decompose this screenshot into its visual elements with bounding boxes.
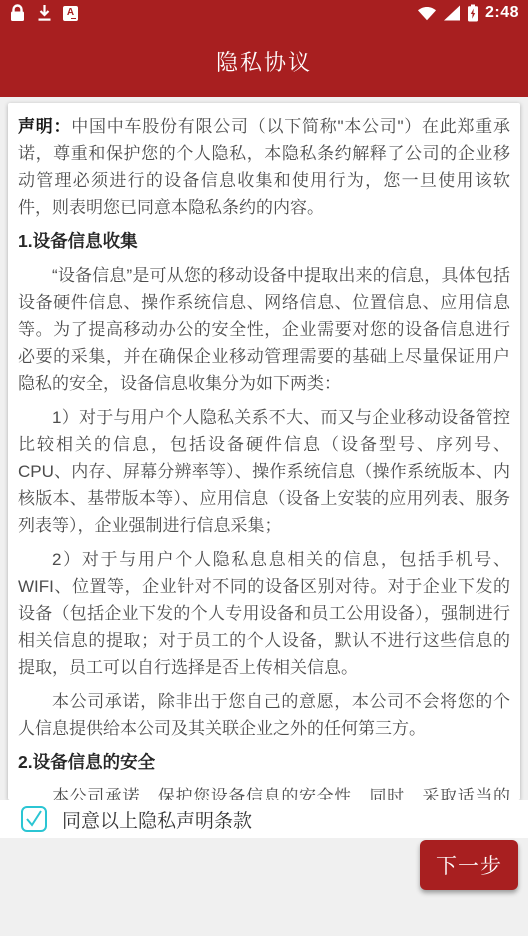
next-step-button[interactable]: 下一步 [420, 840, 518, 890]
app-bar: A 2:48 隐私协议 [0, 0, 528, 97]
section-1-heading: 1.设备信息收集 [18, 228, 510, 255]
section-2-heading: 2.设备信息的安全 [18, 749, 510, 776]
download-icon [37, 4, 52, 22]
section-1-paragraph-1: “设备信息”是可从您的移动设备中提取出来的信息，具体包括设备硬件信息、操作系统信… [18, 262, 510, 397]
agree-checkbox[interactable] [21, 806, 47, 832]
wifi-icon [417, 5, 437, 21]
section-1-paragraph-2: 1）对于与用户个人隐私关系不大、而又与企业移动设备管控比较相关的信息，包括设备硬… [18, 404, 510, 539]
status-bar: A 2:48 [0, 0, 528, 26]
agree-checkbox-label: 同意以上隐私声明条款 [62, 806, 252, 833]
app-letter-icon: A [63, 6, 78, 21]
section-2-paragraph-1-clipped: 本公司承诺，保护您设备信息的安全性，同时，采取适当的安 [18, 783, 510, 800]
agree-row: 同意以上隐私声明条款 [0, 800, 528, 838]
declaration-paragraph: 声明：中国中车股份有限公司（以下简称"本公司"）在此郑重承诺，尊重和保护您的个人… [18, 113, 510, 221]
checkmark-icon [23, 808, 45, 830]
declaration-text: 中国中车股份有限公司（以下简称"本公司"）在此郑重承诺，尊重和保护您的个人隐私，… [18, 117, 510, 217]
title-bar: 隐私协议 [0, 26, 528, 97]
section-1-paragraph-4: 本公司承诺，除非出于您自己的意愿，本公司不会将您的个人信息提供给本公司及其关联企… [18, 688, 510, 742]
section-1-paragraph-3: 2）对于与用户个人隐私息息相关的信息，包括手机号、WIFI、位置等，企业针对不同… [18, 546, 510, 681]
declaration-label: 声明： [18, 117, 71, 136]
page-title: 隐私协议 [216, 46, 312, 77]
lock-icon [9, 4, 26, 22]
privacy-agreement-card[interactable]: 声明：中国中车股份有限公司（以下简称"本公司"）在此郑重承诺，尊重和保护您的个人… [8, 103, 520, 800]
battery-charging-icon [467, 4, 479, 22]
clock-time: 2:48 [485, 4, 519, 22]
cellular-signal-icon [443, 5, 461, 21]
